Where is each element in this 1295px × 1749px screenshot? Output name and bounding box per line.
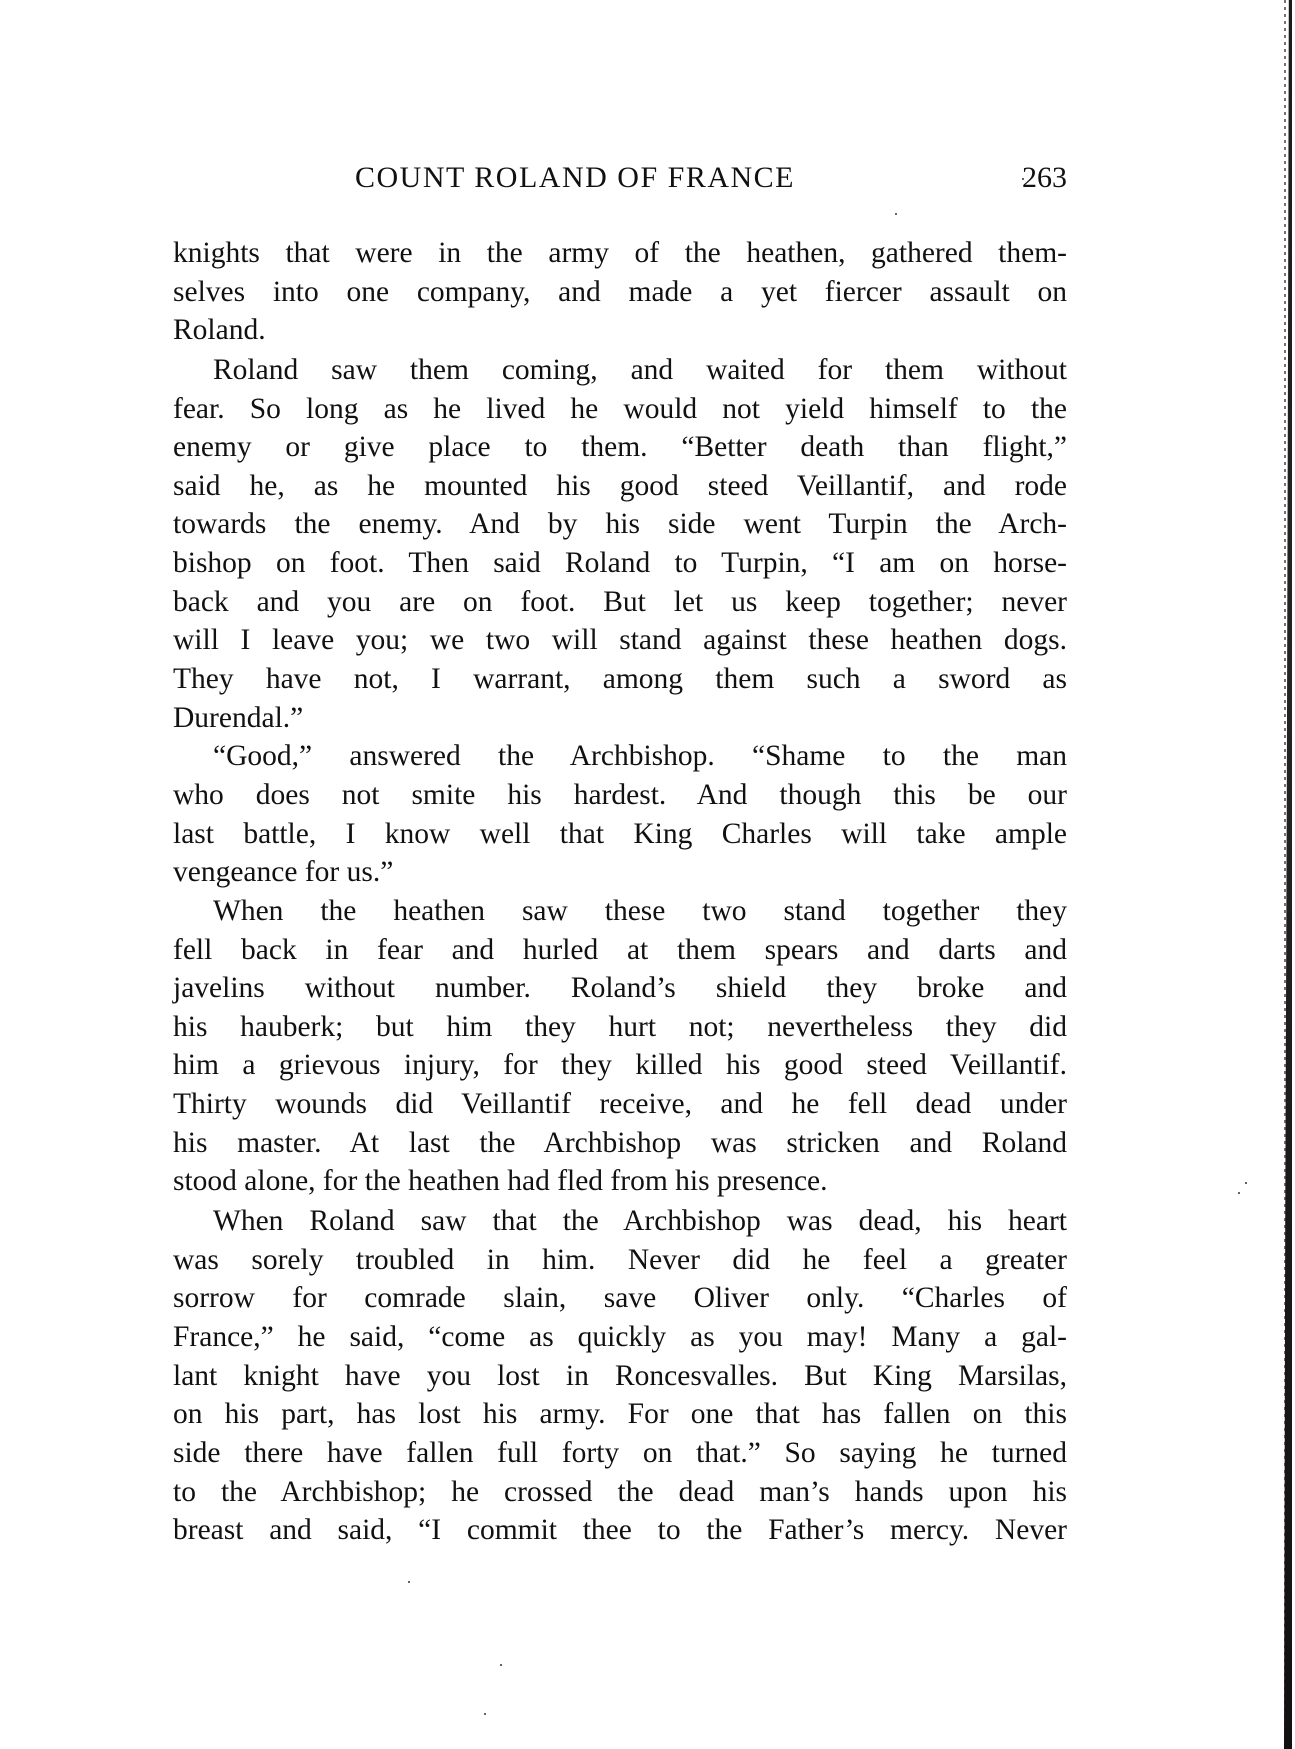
running-head: COUNT ROLAND OF FRANCE 263: [173, 160, 1067, 196]
running-title: COUNT ROLAND OF FRANCE: [355, 160, 795, 196]
text-line: lant knight have you lost in Roncesvalle…: [173, 1357, 1067, 1396]
text-line: Thirty wounds did Veillantif receive, an…: [173, 1085, 1067, 1124]
text-line: vengeance for us.”: [173, 853, 1067, 892]
paragraph-start-line: Roland saw them coming, and waited for t…: [173, 351, 1067, 390]
scan-speck: [484, 1713, 486, 1715]
text-line: Roland.: [173, 311, 1067, 350]
scan-speck: [1245, 1182, 1247, 1184]
text-line: fell back in fear and hurled at them spe…: [173, 931, 1067, 970]
text-line: bishop on foot. Then said Roland to Turp…: [173, 544, 1067, 583]
text-line: side there have fallen full forty on tha…: [173, 1434, 1067, 1473]
text-line: him a grievous injury, for they killed h…: [173, 1046, 1067, 1085]
scan-speck: [1238, 1192, 1240, 1194]
scan-speck: [1022, 178, 1024, 180]
text-line: towards the enemy. And by his side went …: [173, 505, 1067, 544]
paragraph-start-line: When the heathen saw these two stand tog…: [173, 892, 1067, 931]
text-line: enemy or give place to them. “Better dea…: [173, 428, 1067, 467]
text-line: back and you are on foot. But let us kee…: [173, 583, 1067, 622]
text-line: will I leave you; we two will stand agai…: [173, 621, 1067, 660]
text-line: who does not smite his hardest. And thou…: [173, 776, 1067, 815]
text-line: on his part, has lost his army. For one …: [173, 1395, 1067, 1434]
text-line: last battle, I know well that King Charl…: [173, 815, 1067, 854]
scan-speck: [895, 213, 897, 215]
paragraph-start-line: When Roland saw that the Archbishop was …: [173, 1202, 1067, 1241]
text-line: Durendal.”: [173, 699, 1067, 738]
scan-speck: [500, 1664, 502, 1666]
text-line: breast and said, “I commit thee to the F…: [173, 1511, 1067, 1550]
text-line: fear. So long as he lived he would not y…: [173, 390, 1067, 429]
page-number: 263: [1022, 160, 1067, 196]
text-line: stood alone, for the heathen had fled fr…: [173, 1162, 1067, 1201]
text-line: was sorely troubled in him. Never did he…: [173, 1241, 1067, 1280]
paragraph-start-line: “Good,” answered the Archbishop. “Shame …: [173, 737, 1067, 776]
body-text: knights that were in the army of the hea…: [173, 234, 1067, 1550]
text-line: to the Archbishop; he crossed the dead m…: [173, 1473, 1067, 1512]
scan-speck: [408, 1581, 410, 1583]
text-line: javelins without number. Roland’s shield…: [173, 969, 1067, 1008]
text-line: sorrow for comrade slain, save Oliver on…: [173, 1279, 1067, 1318]
text-line: knights that were in the army of the hea…: [173, 234, 1067, 273]
text-line: selves into one company, and made a yet …: [173, 273, 1067, 312]
book-page: COUNT ROLAND OF FRANCE 263 knights that …: [0, 0, 1295, 1749]
text-line: They have not, I warrant, among them suc…: [173, 660, 1067, 699]
text-line: said he, as he mounted his good steed Ve…: [173, 467, 1067, 506]
text-line: his master. At last the Archbishop was s…: [173, 1124, 1067, 1163]
text-line: France,” he said, “come as quickly as yo…: [173, 1318, 1067, 1357]
text-line: his hauberk; but him they hurt not; neve…: [173, 1008, 1067, 1047]
